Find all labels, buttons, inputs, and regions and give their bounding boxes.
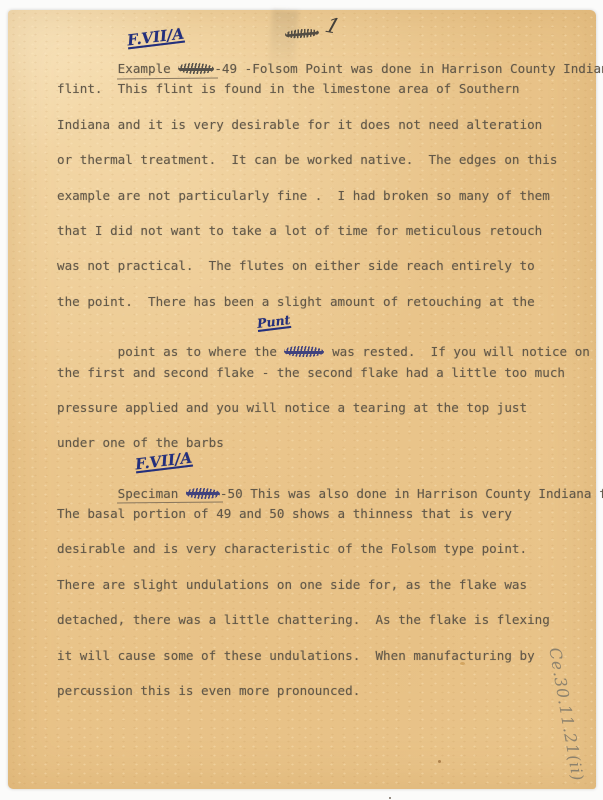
typed-line: Speciman -50 This was also done in Harri… [57, 471, 592, 506]
typed-line: The basal portion of 49 and 50 shows a t… [57, 506, 592, 541]
typed-line: that I did not want to take a lot of tim… [57, 223, 592, 258]
typed-segment: point as to where the [118, 344, 285, 359]
typed-line: Example -49 -Folsom Point was done in Ha… [57, 46, 592, 81]
typed-line: was not practical. The flutes on either … [57, 258, 592, 293]
strikeout-scribble-icon [284, 346, 324, 357]
paper-speck [389, 797, 391, 799]
handwritten-page-number: 1 [322, 13, 343, 38]
typed-line: desirable and is very characteristic of … [57, 541, 592, 576]
typed-line: it will cause some of these undulations.… [57, 648, 592, 683]
typed-line: Indiana and it is very desirable for it … [57, 117, 592, 152]
typed-line: flint. This flint is found in the limest… [57, 81, 592, 116]
typed-line: There are slight undulations on one side… [57, 577, 592, 612]
document-page: 1 Example -49 -Folsom Point was done in … [8, 10, 596, 789]
example-heading: Example [118, 61, 215, 76]
typed-line: detached, there was a little chattering.… [57, 612, 592, 647]
handwritten-annotation-f-vii-a: F.VII/A [126, 25, 185, 50]
typed-segment: -49 -Folsom Point was done in Harrison C… [214, 61, 603, 76]
typed-segment: was rested. If you will notice on [324, 344, 589, 359]
typed-segment: Example [118, 61, 179, 76]
typed-line: the first and second flake - the second … [57, 365, 592, 400]
typed-line: point as to where the was rested. If you… [57, 329, 592, 364]
typed-text-block: Example -49 -Folsom Point was done in Ha… [57, 46, 592, 718]
typed-segment: -50 This was also done in Harrison Count… [220, 486, 603, 501]
strikeout-scribble-icon [186, 488, 220, 499]
typed-line: percussion this is even more pronounced. [57, 683, 592, 718]
scanned-document: 1 Example -49 -Folsom Point was done in … [0, 0, 603, 800]
handwritten-annotation-punt: Punt [256, 312, 291, 331]
strikeout-scribble-icon [178, 63, 214, 74]
typed-segment: Speciman [118, 486, 186, 501]
typed-line: example are not particularly fine . I ha… [57, 188, 592, 223]
paper-speck [438, 760, 441, 763]
typed-line: pressure applied and you will notice a t… [57, 400, 592, 435]
typed-line: or thermal treatment. It can be worked n… [57, 152, 592, 187]
typed-line: the point. There has been a slight amoun… [57, 294, 592, 329]
specimen-heading: Speciman [118, 486, 220, 501]
